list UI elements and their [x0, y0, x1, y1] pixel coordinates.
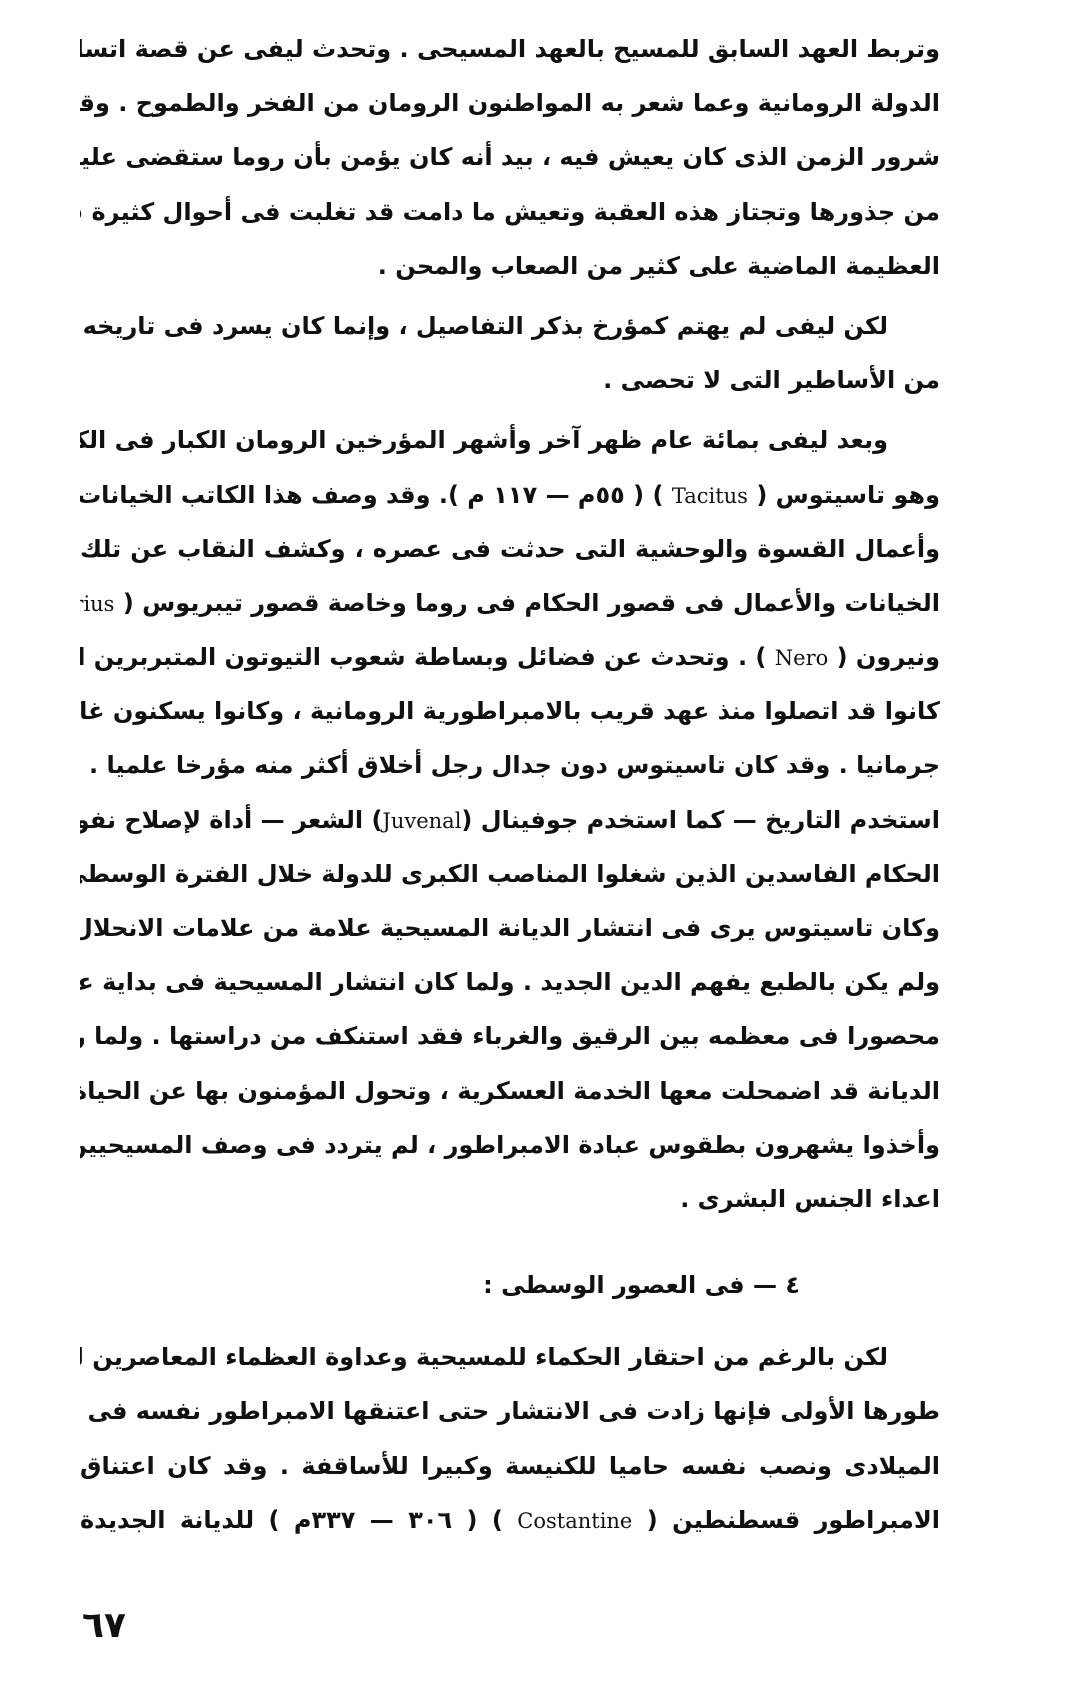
text-line: وبعد ليفى بمائة عام ظهر آخر وأشهر المؤرخ…: [80, 413, 940, 467]
paragraph-3: وبعد ليفى بمائة عام ظهر آخر وأشهر المؤرخ…: [80, 413, 940, 1226]
text-line: لكن بالرغم من احتقار الحكماء للمسيحية وع…: [80, 1330, 940, 1384]
text-line: الدولة الرومانية وعما شعر به المواطنون ا…: [80, 76, 940, 130]
latin-name: Juvenal: [382, 809, 461, 833]
text-line: الحكام الفاسدين الذين شغلوا المناصب الكب…: [80, 847, 940, 901]
text-line: لكن ليفى لم يهتم كمؤرخ بذكر التفاصيل ، و…: [80, 299, 940, 353]
paragraph-2: لكن ليفى لم يهتم كمؤرخ بذكر التفاصيل ، و…: [80, 299, 940, 407]
text-line: من جذورها وتجتاز هذه العقبة وتعيش ما دام…: [80, 185, 940, 239]
text-line: جرمانيا . وقد كان تاسيتوس دون جدال رجل أ…: [80, 738, 940, 792]
text-line: شرور الزمن الذى كان يعيش فيه ، بيد أنه ك…: [80, 130, 940, 184]
text-line: ولم يكن بالطبع يفهم الدين الجديد . ولما …: [80, 955, 940, 1009]
text-line: اعداء الجنس البشرى .: [80, 1172, 940, 1226]
page-number: ٦٧: [82, 1605, 126, 1646]
text-line: استخدم التاريخ — كما استخدم جوفينال (Juv…: [80, 793, 940, 847]
text-line: كانوا قد اتصلوا منذ عهد قريب بالامبراطور…: [80, 684, 940, 738]
text-line: وتربط العهد السابق للمسيح بالعهد المسيحى…: [80, 22, 940, 76]
text-line: طورها الأولى فإنها زادت فى الانتشار حتى …: [80, 1384, 940, 1438]
text-line: وأخذوا يشهرون بطقوس عبادة الامبراطور ، ل…: [80, 1118, 940, 1172]
text-line: الديانة قد اضمحلت معها الخدمة العسكرية ،…: [80, 1064, 940, 1118]
text-line: الميلادى ونصب نفسه حاميا للكنيسة وكبيرا …: [80, 1439, 940, 1493]
latin-name: Costantine: [517, 1509, 632, 1533]
latin-name: Tacitus: [672, 484, 748, 508]
text-line: من الأساطير التى لا تحصى .: [80, 353, 940, 407]
text-line: وكان تاسيتوس يرى فى انتشار الديانة المسي…: [80, 901, 940, 955]
section-heading: ٤ — فى العصور الوسطى :: [80, 1258, 940, 1312]
text-line: وهو تاسيتوس ( Tacitus ) ( ٥٥م — ١١٧ م ).…: [80, 468, 940, 522]
text-line: محصورا فى معظمه بين الرقيق والغرباء فقد …: [80, 1009, 940, 1063]
text-line: العظيمة الماضية على كثير من الصعاب والمح…: [80, 239, 940, 293]
paragraph-4: لكن بالرغم من احتقار الحكماء للمسيحية وع…: [80, 1330, 940, 1547]
text-line: ونيرون ( Nero ) . وتحدث عن فضائل وبساطة …: [80, 630, 940, 684]
book-page: وتربط العهد السابق للمسيح بالعهد المسيحى…: [80, 22, 940, 1547]
text-line: الخيانات والأعمال فى قصور الحكام فى روما…: [80, 576, 940, 630]
text-line: الامبراطور قسطنطين ( Costantine ) ( ٣٠٦ …: [80, 1493, 940, 1547]
paragraph-1: وتربط العهد السابق للمسيح بالعهد المسيحى…: [80, 22, 940, 293]
latin-name: Nero: [775, 646, 828, 670]
text-line: وأعمال القسوة والوحشية التى حدثت فى عصره…: [80, 522, 940, 576]
latin-name: Tiberius: [80, 592, 114, 616]
